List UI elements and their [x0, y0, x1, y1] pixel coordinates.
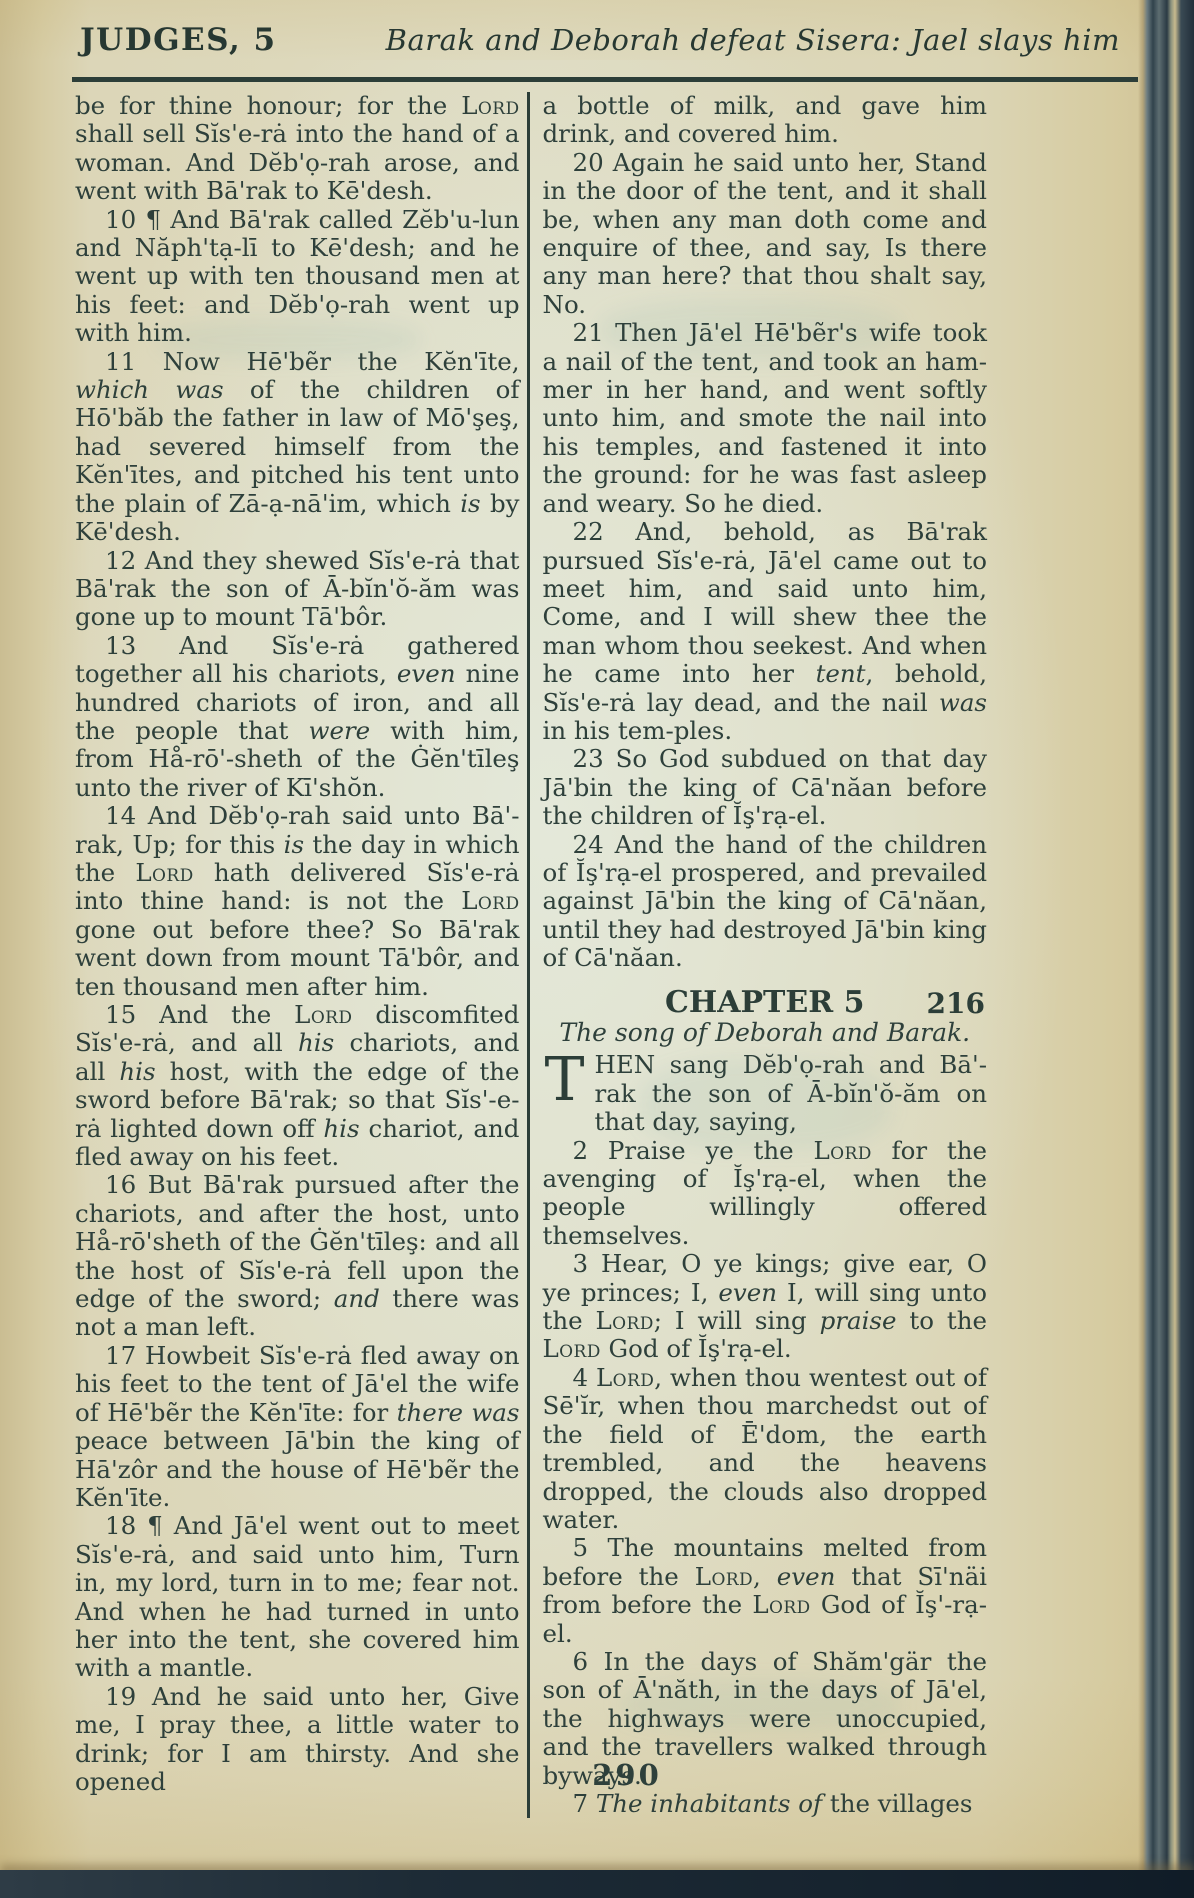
verse-text-run: HEN sang Dĕb'ọ-rah and Bā'-rak the son o… [595, 1050, 987, 1136]
divine-name-smallcaps: Lord [596, 1306, 654, 1335]
verse-text-run: were [309, 716, 371, 745]
verse-text-run: be for thine honour; for the [75, 91, 461, 120]
verse-text-run: which was [75, 375, 224, 404]
verse-text-run: his [298, 1028, 334, 1057]
verse-text-run: his [119, 1057, 155, 1086]
right-column: a bottle of milk, and gave him drink, an… [543, 92, 988, 1818]
photo-bottom-edge [0, 1870, 1194, 1898]
verse-paragraph: a bottle of milk, and gave him drink, an… [543, 92, 988, 149]
divine-name-smallcaps: Lord [752, 1590, 810, 1619]
verse-paragraph: 4 Lord, when thou wentest out of Sē'ĭr, … [543, 1364, 988, 1534]
divine-name-smallcaps: Lord [294, 1000, 352, 1029]
running-head: Barak and Deborah defeat Sisera: Jael sl… [386, 23, 1120, 57]
left-column: be for thine honour; for the Lord shall … [75, 92, 520, 1818]
drop-cap: T [543, 1051, 595, 1109]
divine-name-smallcaps: Lord [695, 1562, 753, 1591]
verse-paragraph: THEN sang Dĕb'ọ-rah and Bā'-rak the son … [543, 1051, 988, 1136]
verse-text-run: 10 ¶ And Bā'rak called Zĕb'u-lun and Năp… [75, 205, 520, 348]
divine-name-smallcaps: Lord [596, 1363, 654, 1392]
verse-text-run: gone out before thee? So Bā'rak went dow… [75, 915, 520, 1001]
book-page-edges [1138, 0, 1194, 1898]
verse-paragraph: 12 And they shewed Sĭs'e-rȧ that Bā'rak … [75, 547, 520, 632]
verse-paragraph: 20 Again he said unto her, Stand in the … [543, 149, 988, 319]
verse-text-run: 21 Then Jā'el Hē'bẽr's wife took a nail … [543, 318, 988, 517]
verse-text-run: 23 So God subdued on that day Jā'bin the… [543, 744, 988, 830]
verse-text-run: 20 Again he said unto her, Stand in the … [543, 148, 988, 319]
scanned-bible-page: JUDGES, 5 Barak and Deborah defeat Siser… [0, 0, 1194, 1898]
verse-text-run: peace between Jā'bin the king of Hā'zôr … [75, 1426, 520, 1512]
verse-paragraph: 15 And the Lord discomfited Sĭs'e-rȧ, an… [75, 1001, 520, 1171]
two-column-text: be for thine honour; for the Lord shall … [75, 92, 987, 1818]
verse-text-run: even [718, 1278, 777, 1307]
verse-paragraph: be for thine honour; for the Lord shall … [75, 92, 520, 206]
verse-text-run: 4 [573, 1363, 597, 1392]
verse-text-run: is [460, 489, 480, 518]
book-chapter-title: JUDGES, 5 [80, 22, 277, 58]
verse-text-run: there was [397, 1398, 520, 1427]
verse-text-run: and [334, 1284, 380, 1313]
page-header: JUDGES, 5 Barak and Deborah defeat Siser… [80, 22, 1120, 58]
divine-name-smallcaps: Lord [135, 858, 193, 887]
chapter-heading: CHAPTER 5216 [543, 989, 988, 1017]
verse-paragraph: 17 Howbeit Sĭs'e-rȧ fled away on his fee… [75, 1342, 520, 1512]
verse-paragraph: 22 And, behold, as Bā'rak pursued Sĭs'e-… [543, 518, 988, 745]
verse-paragraph: 16 But Bā'rak pursued after the chariots… [75, 1171, 520, 1341]
verse-text-run: even [397, 659, 456, 688]
page-number: 290 [592, 1758, 662, 1792]
verse-paragraph: 3 Hear, O ye kings; give ear, O ye princ… [543, 1250, 988, 1364]
verse-text-run: , [753, 1562, 777, 1591]
chapter-page-ref: 216 [927, 990, 985, 1018]
chapter-subtitle: The song of Deborah and Barak. [543, 1019, 988, 1047]
verse-paragraph: 2 Praise ye the Lord for the avenging of… [543, 1137, 988, 1251]
verse-paragraph: 7 The inhabitants of the villages [543, 1790, 988, 1818]
verse-text-run: to the [897, 1306, 988, 1335]
verse-text-run: 24 And the hand of the children of Ĭş'rạ… [543, 830, 988, 973]
verse-text-run: praise [820, 1306, 897, 1335]
verse-paragraph: 5 The mountains melted from before the L… [543, 1534, 988, 1648]
verse-text-run: the villages [822, 1789, 972, 1818]
verse-paragraph: 21 Then Jā'el Hē'bẽr's wife took a nail … [543, 319, 988, 518]
verse-text-run: ; I will sing [654, 1306, 820, 1335]
verse-text-run: 12 And they shewed Sĭs'e-rȧ that Bā'rak … [75, 546, 520, 632]
divine-name-smallcaps: Lord [813, 1136, 871, 1165]
verse-text-run: 19 And he said unto her, Give me, I pray… [75, 1682, 520, 1796]
verse-text-run: 11 Now Hē'bẽr the Kĕn'īte, [105, 347, 520, 376]
column-divider-rule [527, 92, 530, 1818]
verse-text-run: is [284, 830, 304, 859]
verse-text-run: The inhabitants of [596, 1789, 822, 1818]
verse-paragraph: 10 ¶ And Bā'rak called Zĕb'u-lun and Năp… [75, 206, 520, 348]
verse-paragraph: 11 Now Hē'bẽr the Kĕn'īte, which was of … [75, 348, 520, 547]
divine-name-smallcaps: Lord [461, 886, 519, 915]
verse-paragraph: 14 And Dĕb'ọ-rah said unto Bā'-rak, Up; … [75, 802, 520, 1001]
verse-text-run: God of Ĭş'rạ-el. [601, 1334, 792, 1363]
header-rule [72, 77, 1138, 82]
verse-text-run: in his tem-ples. [543, 716, 733, 745]
verse-text-run: a bottle of milk, and gave him drink, an… [543, 91, 988, 148]
verse-text-run: 15 And the [105, 1000, 294, 1029]
verse-text-run: was [939, 688, 987, 717]
verse-paragraph: 23 So God subdued on that day Jā'bin the… [543, 745, 988, 830]
verse-paragraph: 13 And Sĭs'e-rȧ gathered together all hi… [75, 632, 520, 802]
verse-text-run: his [323, 1114, 359, 1143]
verse-text-run: even [777, 1562, 836, 1591]
divine-name-smallcaps: Lord [461, 91, 519, 120]
verse-paragraph: 19 And he said unto her, Give me, I pray… [75, 1683, 520, 1797]
verse-text-run: 18 ¶ And Jā'el went out to meet Sĭs'e-rȧ… [75, 1511, 520, 1682]
verse-text-run: shall sell Sĭs'e-rȧ into the hand of a w… [75, 119, 520, 205]
verse-text-run: tent [816, 659, 866, 688]
verse-text-run: 7 [573, 1789, 596, 1818]
chapter-heading-text: CHAPTER 5 [665, 985, 865, 1020]
divine-name-smallcaps: Lord [543, 1334, 601, 1363]
verse-text-run: 2 Praise ye the [573, 1136, 814, 1165]
verse-paragraph: 18 ¶ And Jā'el went out to meet Sĭs'e-rȧ… [75, 1512, 520, 1682]
verse-paragraph: 24 And the hand of the children of Ĭş'rạ… [543, 831, 988, 973]
